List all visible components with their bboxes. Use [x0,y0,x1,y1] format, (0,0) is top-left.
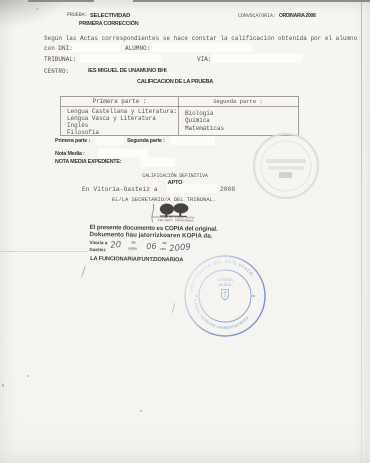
subject-row: Biología [185,110,224,118]
nota-media-label: Nota Media : [55,152,85,158]
centro-value: IES MIGUEL DE UNAMUNO BHI [88,68,167,74]
copy-statement-eu: Dokumento hau jatorrizkoaren KOPIA da. [89,232,212,241]
pen-mark [81,266,86,277]
scan-speck [2,384,4,387]
whiteout-primera-parte-value [96,136,124,145]
date-de-label: de [162,241,166,245]
subject-row: Filosofía [67,129,177,136]
whiteout-segunda-parte-value [170,136,215,145]
stamp-inner-line2: ALAVA [219,282,232,287]
table-column-primera: Lengua Castellana y Literatura: Lengua V… [67,108,177,137]
stamp-arc-bottom-text: EUSKAL HERRIKO UNIBERTSITATEA [193,299,250,330]
centro-label: CENTRO: [44,69,69,76]
paper-fold-edge [361,0,362,463]
university-name-eu: Euskal Herriko Unibertsitatea [175,216,201,223]
whiteout-via-value [212,54,302,63]
svg-text:EUSKAL HERRIKO UNIBERTSITATEA: EUSKAL HERRIKO UNIBERTSITATEA [193,299,250,330]
prueba-label: PRUEBA: [67,13,87,19]
pen-mark [172,303,176,313]
tribunal-label: TRIBUNAL: [44,57,76,64]
whiteout-tribunal-value [80,54,162,63]
grades-table: Primera parte : Segunda parte : Lengua C… [60,96,299,136]
nota-media-expediente-label: NOTA MEDIA EXPEDIENTE: [55,160,121,166]
university-logo-stamp: Universidad del País Vasco Euskal Herrik… [146,202,200,227]
handwritten-day: 20 [110,241,121,251]
intro-statement: Según las Actas correspondientes se hace… [44,36,357,43]
date-de-label: de [131,241,135,245]
place-date-line: En Vitoria-Gasteiz a [82,187,158,194]
subject-row: Matemáticas [185,125,224,133]
date-place-es: Vitoria a [89,240,107,245]
whiteout-nota-media-value [98,149,148,158]
corner-shadow [0,0,64,28]
scan-speck [36,8,39,10]
convocatoria-label: CONVOCATORIA: [238,14,276,20]
dni-label: con DNI: [44,46,73,53]
table-header-segunda: Segunda parte : [179,99,297,105]
scanner-edge-artifact [133,0,370,2]
stamp-emblem-icon [222,290,229,301]
subject-row: Química [185,117,224,125]
official-title-line: LA FUNCIONARIA/FUNTZIONARIOA [90,256,183,263]
correction-title: PRIMERA CORRECCIÓN [79,22,138,28]
alumno-label: ALUMNO: [125,46,150,53]
segunda-parte-label: Segunda parte : [127,139,165,145]
year-value: 2008 [220,187,235,194]
primera-parte-label: Primera parte : [55,139,90,145]
scanned-certificate-page: PRUEBA: SELECTIVIDAD CONVOCATORIA: ORDIN… [0,0,370,463]
section-title: CALIFICACION DE LA PRUEBA [120,79,230,85]
subject-row: Lengua Castellana y Literatura: [67,108,177,115]
table-header-separator [61,106,298,107]
date-eko-label: (e)ko [128,247,137,251]
date-place-eu: Gasteiz [89,247,105,252]
faint-embossed-stamp [251,132,321,202]
subject-row: Lengua Vasca y Literatura [67,115,177,122]
date-ren-label: ren [160,247,166,251]
convocatoria-value: ORDINARIA 2008 [279,14,315,20]
whiteout-expediente-value [140,158,175,167]
handwritten-month: 06 [146,242,157,251]
scan-speck [140,410,142,412]
whiteout-alumno-value [152,43,252,52]
table-column-segunda: Biología Química Matemáticas [185,110,224,133]
university-name-es: Universidad del País Vasco [147,216,173,223]
scan-speck [27,375,29,377]
final-grade: APTO [110,180,240,186]
whiteout-dni-value [70,43,120,52]
via-label: VIA: [197,57,211,64]
handwritten-year: 2009 [169,243,191,254]
subject-row: Inglés [67,122,177,129]
prueba-value: SELECTIVIDAD [90,13,130,19]
blue-round-official-stamp: UNIVERSIDAD DEL PAIS VASCO EUSKAL HERRIK… [183,254,267,338]
table-header-primera: Primera parte : [61,99,178,106]
paper-crease [0,251,88,252]
